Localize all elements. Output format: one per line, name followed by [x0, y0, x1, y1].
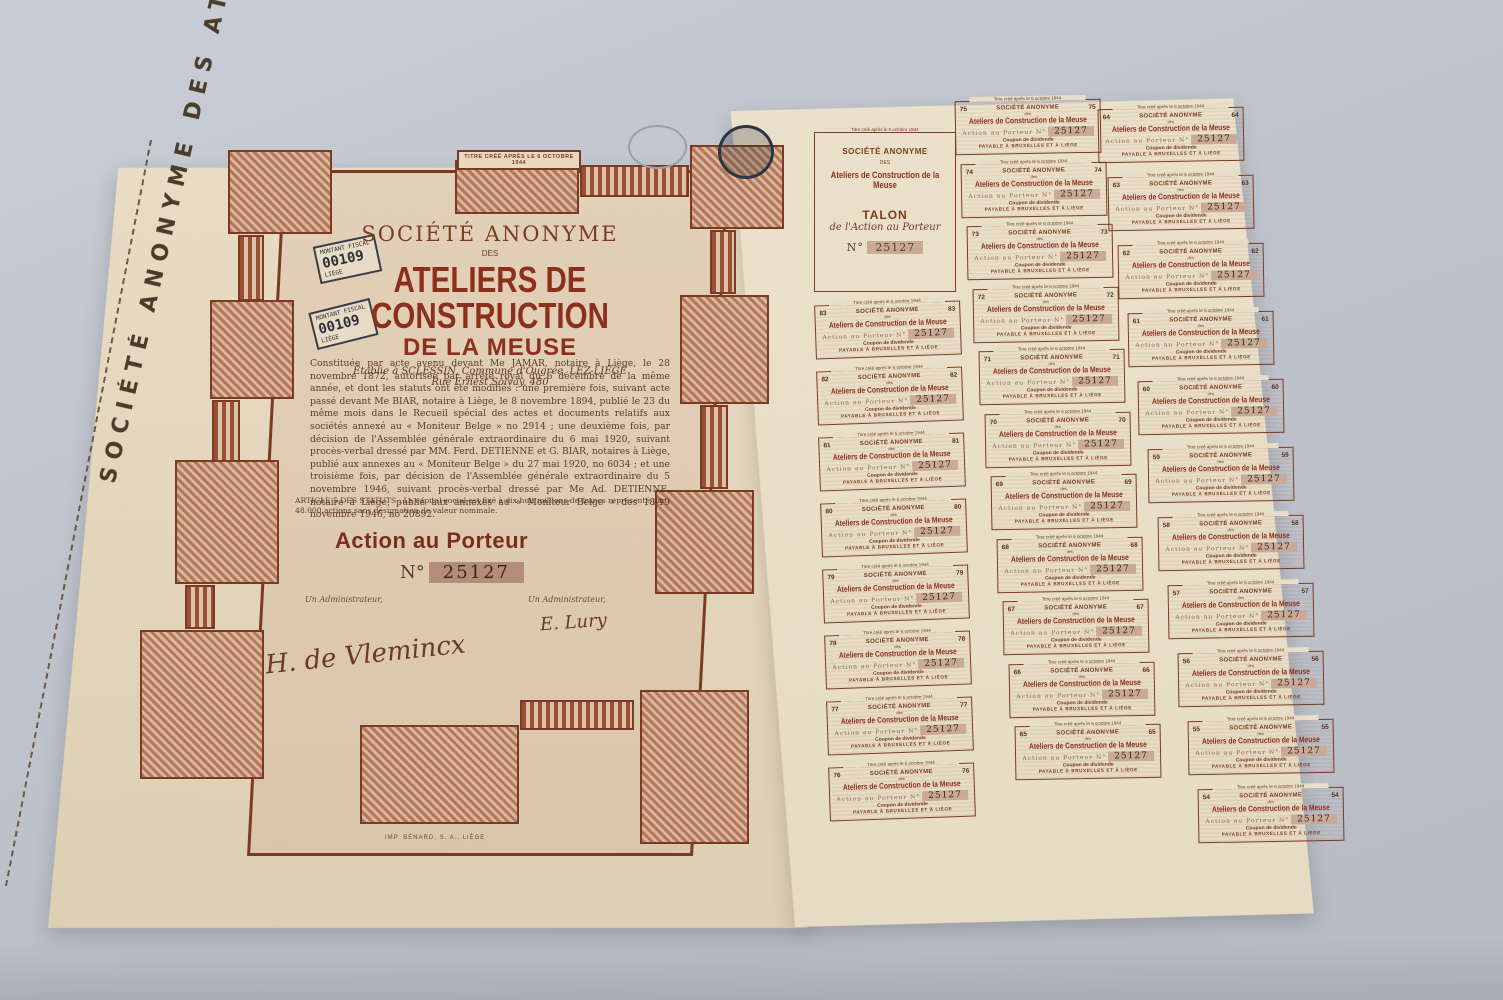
dividend-coupon: Titre créé après le 6 octobre 1944 57 57…	[1168, 583, 1315, 640]
admin-label-left: Un Administrateur,	[305, 595, 383, 604]
coupon-number: 77	[831, 706, 838, 713]
coupon-share-number: 25127	[1231, 406, 1277, 417]
postmark-stamp	[718, 125, 774, 179]
coupon-share-number: 25127	[1102, 688, 1148, 699]
coupon-share-number: 25127	[910, 394, 956, 406]
printer-imprint: IMP. BÉNARD, S. A., LIÈGE	[385, 835, 485, 841]
coupon-share-number: 25127	[918, 658, 964, 670]
ornament-left-3	[185, 585, 215, 629]
dividend-coupon: Titre créé après le 6 octobre 1944 81 81…	[818, 432, 966, 491]
coupon-number: 55	[1193, 726, 1200, 733]
coupon-share-number: 25127	[1281, 746, 1327, 757]
dividend-coupon: Titre créé après le 6 octobre 1944 65 65…	[1015, 724, 1162, 781]
coupon-number: 81	[952, 438, 959, 445]
coupon-share-number: 25127	[1066, 313, 1112, 324]
coupon-share-number: 25127	[1054, 188, 1100, 199]
dividend-coupon: Titre créé après le 6 octobre 1944 77 77…	[826, 696, 974, 755]
dividend-coupon: Titre créé après le 6 octobre 1944 76 76…	[828, 762, 976, 821]
coupon-number: 66	[1014, 669, 1021, 676]
coupon-share-number: 25127	[922, 790, 968, 802]
ornament-left-2	[212, 400, 240, 462]
dividend-coupon: Titre créé après le 6 octobre 1944 60 60…	[1138, 379, 1285, 436]
talon-stub: Titre créé après le 6 octobre 1944 SOCIÉ…	[814, 132, 956, 292]
coupon-number: 54	[1331, 792, 1338, 799]
coupon-number: 55	[1321, 724, 1328, 731]
vignette-machine	[140, 630, 264, 779]
coupon-number: 80	[825, 508, 832, 515]
vignette-headframe	[680, 295, 769, 404]
dividend-coupon: Titre créé après le 6 octobre 1944 72 72…	[973, 286, 1120, 343]
coupon-number: 79	[956, 570, 963, 577]
dividend-coupon: Titre créé après le 6 octobre 1944 70 70…	[985, 411, 1132, 468]
coupon-number: 57	[1301, 588, 1308, 595]
dividend-coupon: Titre créé après le 6 octobre 1944 55 55…	[1188, 719, 1335, 776]
coupon-number: 67	[1008, 606, 1015, 613]
coupon-number: 69	[996, 481, 1003, 488]
coupon-number: 63	[1113, 182, 1120, 189]
coupon-number: 57	[1173, 590, 1180, 597]
coupon-share-number: 25127	[1291, 814, 1337, 825]
coupon-number: 54	[1203, 794, 1210, 801]
coupon-share-number: 25127	[1191, 134, 1237, 145]
coupon-share-number: 25127	[1108, 751, 1154, 762]
company-name-line1: ATELIERS DE CONSTRUCTION	[334, 262, 646, 334]
vignette-crane	[640, 690, 749, 844]
coupon-number: 83	[948, 306, 955, 313]
dividend-coupon: Titre créé après le 6 octobre 1944 62 62…	[1118, 243, 1265, 300]
coupon-number: 75	[1088, 104, 1095, 111]
coupon-number: 81	[823, 442, 830, 449]
coupon-number: 66	[1142, 666, 1149, 673]
coupon-number: 68	[1130, 541, 1137, 548]
coupon-number: 73	[1100, 229, 1107, 236]
coupon-number: 64	[1231, 112, 1238, 119]
coupon-share-number: 25127	[1090, 563, 1136, 574]
dividend-coupon: Titre créé après le 6 octobre 1944 79 79…	[822, 564, 970, 623]
coupon-number: 76	[962, 768, 969, 775]
coupon-number: 77	[960, 702, 967, 709]
coupon-share-number: 25127	[1241, 474, 1287, 485]
coupon-number: 59	[1281, 452, 1288, 459]
coupon-number: 69	[1124, 479, 1131, 486]
coupon-number: 72	[1106, 291, 1113, 298]
dividend-coupon: Titre créé après le 6 octobre 1944 61 61…	[1128, 311, 1275, 368]
coupon-share-number: 25127	[1221, 338, 1267, 349]
certificate-number: N°25127	[400, 562, 524, 583]
coupon-share-number: 25127	[908, 328, 954, 340]
certificate-number-value: 25127	[429, 562, 524, 583]
coupon-share-number: 25127	[920, 724, 966, 736]
titre-cree-banner: TITRE CRÉÉ APRÈS LE 6 OCTOBRE 1944	[457, 150, 581, 170]
coupon-share-number: 25127	[914, 526, 960, 538]
coupon-number: 73	[972, 231, 979, 238]
dividend-coupon: Titre créé après le 6 octobre 1944 75 75…	[955, 99, 1102, 156]
coupon-number: 74	[966, 169, 973, 176]
dividend-coupon: Titre créé après le 6 octobre 1944 69 69…	[991, 474, 1138, 531]
coupon-share-number: 25127	[1078, 438, 1124, 449]
dividend-coupon: Titre créé après le 6 octobre 1944 63 63…	[1108, 175, 1255, 232]
coupon-share-number: 25127	[1060, 251, 1106, 262]
coupon-share-number: 25127	[1084, 501, 1130, 512]
coupon-share-number: 25127	[916, 592, 962, 604]
dividend-coupon: Titre créé après le 6 octobre 1944 58 58…	[1158, 515, 1305, 572]
coupon-number: 59	[1153, 454, 1160, 461]
societe-anonyme-heading: SOCIÉTÉ ANONYME	[300, 222, 680, 246]
coupon-number: 56	[1311, 656, 1318, 663]
table-surface	[0, 940, 1503, 1000]
coupon-number: 61	[1133, 318, 1140, 325]
coupon-number: 70	[990, 419, 997, 426]
coupon-number: 56	[1183, 658, 1190, 665]
coupon-number: 78	[829, 640, 836, 647]
coupon-number: 64	[1103, 114, 1110, 121]
ornament-right-1	[710, 230, 736, 294]
dividend-coupon: Titre créé après le 6 octobre 1944 59 59…	[1148, 447, 1295, 504]
coupon-number: 60	[1143, 386, 1150, 393]
action-au-porteur-title: Action au Porteur	[335, 528, 528, 554]
talon-number: N° 25127	[815, 241, 955, 254]
coupon-number: 65	[1020, 731, 1027, 738]
coupon-number: 58	[1163, 522, 1170, 529]
vignette-workshop	[360, 725, 519, 824]
coupon-number: 68	[1002, 544, 1009, 551]
coupon-number: 82	[821, 376, 828, 383]
article-5-text: ARTICLE 5 DES STATUTS : Le capital socia…	[295, 496, 675, 516]
dividend-coupon: Titre créé après le 6 octobre 1944 83 83…	[814, 300, 962, 359]
coupon-number: 62	[1123, 250, 1130, 257]
coupon-share-number: 25127	[1201, 202, 1247, 213]
talon-title: TALON	[815, 208, 955, 222]
coupon-number: 80	[954, 504, 961, 511]
coupon-number: 70	[1118, 416, 1125, 423]
coupon-share-number: 25127	[1261, 610, 1307, 621]
coupon-number: 62	[1251, 248, 1258, 255]
coupon-number: 65	[1148, 729, 1155, 736]
coupon-number: 67	[1136, 604, 1143, 611]
dividend-coupon: Titre créé après le 6 octobre 1944 67 67…	[1003, 599, 1150, 656]
coupon-number: 82	[950, 372, 957, 379]
coupon-number: 75	[960, 106, 967, 113]
coupon-share-number: 25127	[1048, 126, 1094, 137]
ornament-top	[580, 165, 689, 197]
ornament-right-2	[700, 405, 728, 489]
embossed-seal	[628, 125, 687, 169]
coupon-number: 71	[1112, 354, 1119, 361]
coupon-number: 78	[958, 636, 965, 643]
admin-label-right: Un Administrateur,	[528, 595, 606, 604]
coupon-share-number: 25127	[912, 460, 958, 472]
dividend-coupon: Titre créé après le 6 octobre 1944 73 73…	[967, 224, 1114, 281]
ornament-bottom	[520, 700, 634, 730]
coupon-number: 76	[833, 772, 840, 779]
dividend-coupon: Titre créé après le 6 octobre 1944 68 68…	[997, 536, 1144, 593]
coupon-number: 83	[819, 310, 826, 317]
dividend-coupon: Titre créé après le 6 octobre 1944 66 66…	[1009, 661, 1156, 718]
coupon-number: 63	[1241, 180, 1248, 187]
vignette-converter	[210, 300, 294, 399]
coupon-number: 72	[978, 294, 985, 301]
dividend-coupon: Titre créé après le 6 octobre 1944 71 71…	[979, 349, 1126, 406]
talon-company: Ateliers de Construction de la Meuse	[826, 170, 945, 190]
coupon-share-number: 25127	[1271, 678, 1317, 689]
coupon-share-number: 25127	[1096, 626, 1142, 637]
coupon-number: 71	[984, 356, 991, 363]
dividend-coupon: Titre créé après le 6 octobre 1944 74 74…	[961, 161, 1108, 218]
coupon-share-number: 25127	[1072, 376, 1118, 387]
coupon-share-number: 25127	[1211, 270, 1257, 281]
dividend-coupon: Titre créé après le 6 octobre 1944 78 78…	[824, 630, 972, 689]
dividend-coupon: Titre créé après le 6 octobre 1944 82 82…	[816, 366, 964, 425]
des-label: DES	[300, 249, 680, 258]
vignette-blast-furnace	[175, 460, 279, 584]
dividend-coupon: Titre créé après le 6 octobre 1944 80 80…	[820, 498, 968, 557]
coupon-number: 74	[1094, 166, 1101, 173]
coupon-number: 58	[1291, 520, 1298, 527]
ornament-left-1	[238, 235, 264, 301]
coupon-number: 60	[1271, 384, 1278, 391]
coupon-share-number: 25127	[1251, 542, 1297, 553]
coupon-number: 79	[827, 574, 834, 581]
dividend-coupon: Titre créé après le 6 octobre 1944 56 56…	[1178, 651, 1325, 708]
dividend-coupon: Titre créé après le 6 octobre 1944 64 64…	[1098, 107, 1245, 164]
coupon-number: 61	[1261, 316, 1268, 323]
photo-scene: SOCIÉTÉ ANONYME DES ATELIERS DE CONSTRUC…	[0, 0, 1503, 1000]
dividend-coupon: Titre créé après le 6 octobre 1944 54 54…	[1198, 787, 1345, 844]
